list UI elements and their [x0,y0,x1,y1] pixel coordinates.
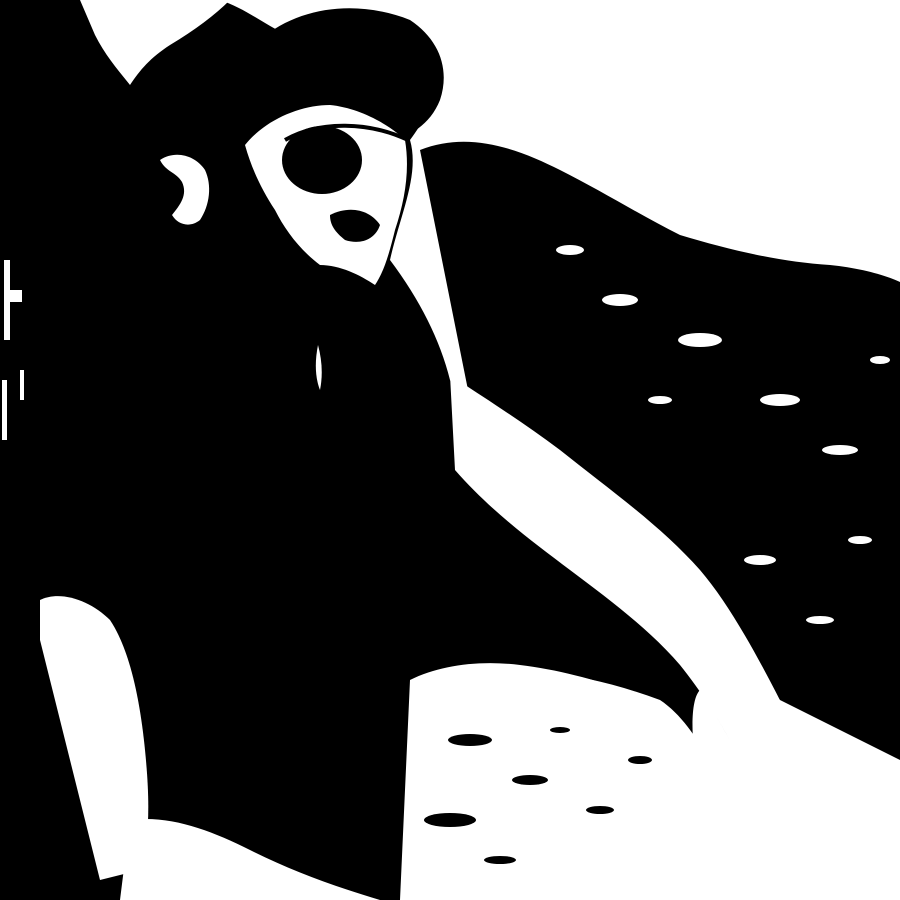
threshold-portrait-photo [0,0,900,900]
photo-canvas [0,0,900,900]
